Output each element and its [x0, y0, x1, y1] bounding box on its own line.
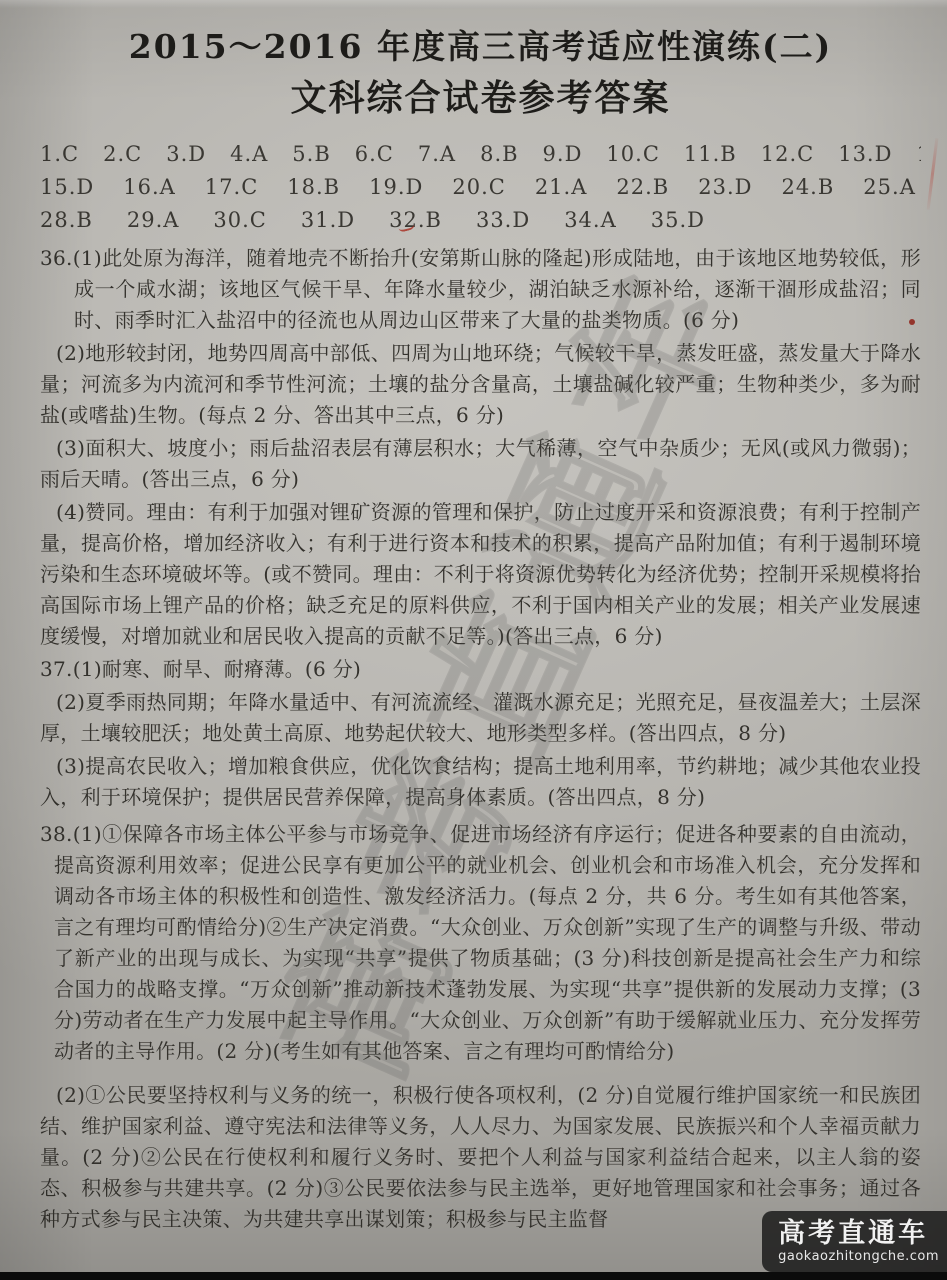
answer-item: 24.B — [781, 171, 834, 204]
watermark-badge: 高考直通车 gaokaozhitongche.com — [762, 1211, 947, 1272]
answer-item: 14.B — [916, 138, 921, 171]
answer-item: 34.A — [564, 204, 617, 237]
answer-36-1: 36.(1)此处原为海洋，随着地壳不断抬升(安第斯山脉的隆起)形成陆地，由于该地… — [40, 243, 921, 336]
answer-item: 29.A — [127, 204, 180, 237]
answer-item: 32.B — [389, 204, 442, 237]
answer-item: 20.C — [452, 171, 505, 204]
answer-item: 15.D — [40, 171, 94, 204]
answer-item: 17.C — [205, 171, 258, 204]
watermark-badge-url: gaokaozhitongche.com — [778, 1249, 939, 1265]
answer-item: 28.B — [40, 204, 93, 237]
answer-item: 33.D — [476, 204, 530, 237]
answer-row-3: 28.B29.A30.C31.D32.B33.D34.A35.D — [40, 204, 921, 237]
answer-38-1: 38.(1)①保障各市场主体公平参与市场竞争、促进市场经济有序运行；促进各种要素… — [40, 819, 921, 1067]
answer-item: 19.D — [369, 171, 423, 204]
answer-item: 9.D — [543, 138, 583, 171]
answer-item: 7.A — [418, 138, 456, 171]
answer-37-2: (2)夏季雨热同期；年降水量适中、有河流流经、灌溉水源充足；光照充足，昼夜温差大… — [40, 687, 921, 749]
red-ink-dot — [909, 319, 915, 325]
answer-item: 25.A — [863, 171, 916, 204]
photo-edge-strip — [0, 1272, 947, 1280]
answer-37-1: 37.(1)耐寒、耐旱、耐瘠薄。(6 分) — [40, 654, 921, 685]
answer-36-3: (3)面积大、坡度小；雨后盐沼表层有薄层积水；大气稀薄，空气中杂质少；无风(或风… — [40, 433, 921, 495]
answer-item: 4.A — [230, 138, 268, 171]
exam-title-line2: 文科综合试卷参考答案 — [40, 72, 921, 124]
answer-item: 10.C — [606, 138, 659, 171]
answer-item: 35.D — [651, 204, 705, 237]
watermark-badge-title: 高考直通车 — [778, 1219, 939, 1249]
answer-item: 23.D — [698, 171, 752, 204]
answer-item: 6.C — [355, 138, 394, 171]
answer-item: 3.D — [166, 138, 206, 171]
exam-title-line1: 2015～2016 年度高三高考适应性演练(二) — [40, 24, 921, 70]
answer-row-2: 15.D16.A17.C18.B19.D20.C21.A22.B23.D24.B… — [40, 171, 921, 204]
free-response-answers: 36.(1)此处原为海洋，随着地壳不断抬升(安第斯山脉的隆起)形成陆地，由于该地… — [40, 243, 921, 1235]
answer-row-1: 1.C2.C3.D4.A5.B6.C7.A8.B9.D10.C11.B12.C1… — [40, 138, 921, 171]
answer-item: 31.D — [301, 204, 355, 237]
answer-item: 21.A — [535, 171, 588, 204]
answer-item: 13.D — [838, 138, 892, 171]
answer-item: 1.C — [40, 138, 79, 171]
answer-item: 11.B — [684, 138, 737, 171]
document-content: 2015～2016 年度高三高考适应性演练(二) 文科综合试卷参考答案 1.C2… — [0, 0, 947, 1235]
answer-item: 2.C — [103, 138, 142, 171]
answer-item: 8.B — [480, 138, 518, 171]
answer-36-2: (2)地形较封闭，地势四周高中部低、四周为山地环绕；气候较干旱，蒸发旺盛，蒸发量… — [40, 338, 921, 431]
answer-item: 18.B — [287, 171, 340, 204]
answer-item: 16.A — [123, 171, 176, 204]
answer-item: 30.C — [213, 204, 266, 237]
answer-item: 12.C — [761, 138, 814, 171]
multiple-choice-answers: 1.C2.C3.D4.A5.B6.C7.A8.B9.D10.C11.B12.C1… — [40, 138, 921, 237]
scanned-answer-sheet: 高考直通车 2015～2016 年度高三高考适应性演练(二) 文科综合试卷参考答… — [0, 0, 947, 1280]
answer-item: 22.B — [616, 171, 669, 204]
answer-item: 5.B — [292, 138, 330, 171]
answer-36-4: (4)赞同。理由：有利于加强对锂矿资源的管理和保护，防止过度开采和资源浪费；有利… — [40, 497, 921, 652]
answer-37-3: (3)提高农民收入；增加粮食供应，优化饮食结构；提高土地利用率，节约耕地；减少其… — [40, 751, 921, 813]
